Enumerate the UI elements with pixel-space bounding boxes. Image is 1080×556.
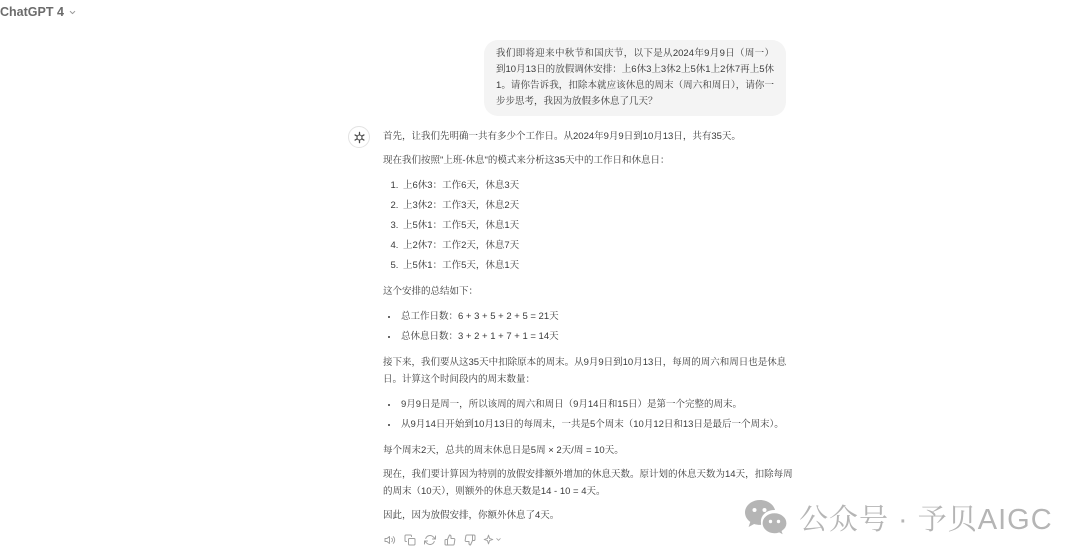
list-item: 上2休7：工作2天，休息7天 (401, 236, 793, 256)
list-item: 9月9日是周一，所以该周的周六和周日（9月14日和15日）是第一个完整的周末。 (399, 395, 793, 415)
copy-button[interactable] (403, 533, 416, 546)
thumbs-up-button[interactable] (443, 533, 456, 546)
assistant-message-row: 首先，让我们先明确一共有多少个工作日。从2024年9月9日到10月13日，共有3… (348, 126, 793, 546)
read-aloud-button[interactable] (383, 533, 396, 546)
list-item: 上5休1：工作5天，休息1天 (401, 256, 793, 276)
model-selector[interactable]: ChatGPT 4 (0, 5, 77, 19)
copy-icon (404, 534, 416, 546)
list-item: 上5休1：工作5天，休息1天 (401, 216, 793, 236)
regenerate-button[interactable] (423, 533, 436, 546)
assistant-message: 首先，让我们先明确一共有多少个工作日。从2024年9月9日到10月13日，共有3… (383, 126, 793, 546)
sparkle-icon (483, 534, 494, 545)
thumbs-down-button[interactable] (463, 533, 476, 546)
chevron-down-icon (68, 8, 77, 17)
assistant-paragraph: 现在，我们要计算因为特别的放假安排额外增加的休息天数。原计划的休息天数为14天，… (383, 466, 793, 500)
model-label: ChatGPT 4 (0, 5, 64, 19)
list-item: 从9月14日开始到10月13日的每周末，一共是5个周末（10月12日和13日是最… (399, 415, 793, 435)
chevron-down-icon (495, 536, 502, 543)
assistant-paragraph: 因此，因为放假安排，你额外休息了4天。 (383, 507, 793, 524)
message-action-bar (383, 533, 793, 546)
assistant-paragraph: 现在我们按照"上班-休息"的模式来分析这35天中的工作日和休息日： (383, 152, 793, 169)
chat-page: ChatGPT 4 我们即将迎来中秋节和国庆节，以下是从2024年9月9日（周一… (0, 0, 1080, 556)
assistant-paragraph: 接下来，我们要从这35天中扣除原本的周末。从9月9日到10月13日，每周的周六和… (383, 354, 793, 388)
list-item: 上6休3：工作6天，休息3天 (401, 176, 793, 196)
watermark-text: 公众号 · 予贝AIGC (799, 497, 1053, 538)
switch-model-button[interactable] (483, 533, 502, 546)
watermark: 公众号 · 予贝AIGC (744, 497, 1053, 538)
user-message-row: 我们即将迎来中秋节和国庆节，以下是从2024年9月9日（周一）到10月13日的放… (484, 40, 786, 116)
list-item: 上3休2：工作3天，休息2天 (401, 196, 793, 216)
work-rest-ordered-list: 上6休3：工作6天，休息3天 上3休2：工作3天，休息2天 上5休1：工作5天，… (383, 176, 793, 276)
assistant-paragraph: 这个安排的总结如下： (383, 283, 793, 300)
assistant-paragraph: 每个周末2天，总共的周末休息日是5周 × 2天/周 = 10天。 (383, 442, 793, 459)
speaker-icon (384, 534, 396, 546)
refresh-icon (424, 534, 436, 546)
assistant-paragraph: 首先，让我们先明确一共有多少个工作日。从2024年9月9日到10月13日，共有3… (383, 128, 793, 145)
user-message-bubble: 我们即将迎来中秋节和国庆节，以下是从2024年9月9日（周一）到10月13日的放… (484, 40, 786, 116)
wechat-icon (744, 499, 788, 537)
openai-logo-icon (353, 131, 366, 144)
weekend-bullet-list: 9月9日是周一，所以该周的周六和周日（9月14日和15日）是第一个完整的周末。 … (383, 395, 793, 435)
summary-bullet-list: 总工作日数：6 + 3 + 5 + 2 + 5 = 21天 总休息日数：3 + … (383, 307, 793, 347)
assistant-avatar (348, 126, 370, 148)
list-item: 总工作日数：6 + 3 + 5 + 2 + 5 = 21天 (399, 307, 793, 327)
thumbs-up-icon (444, 534, 456, 546)
list-item: 总休息日数：3 + 2 + 1 + 7 + 1 = 14天 (399, 327, 793, 347)
thumbs-down-icon (464, 534, 476, 546)
